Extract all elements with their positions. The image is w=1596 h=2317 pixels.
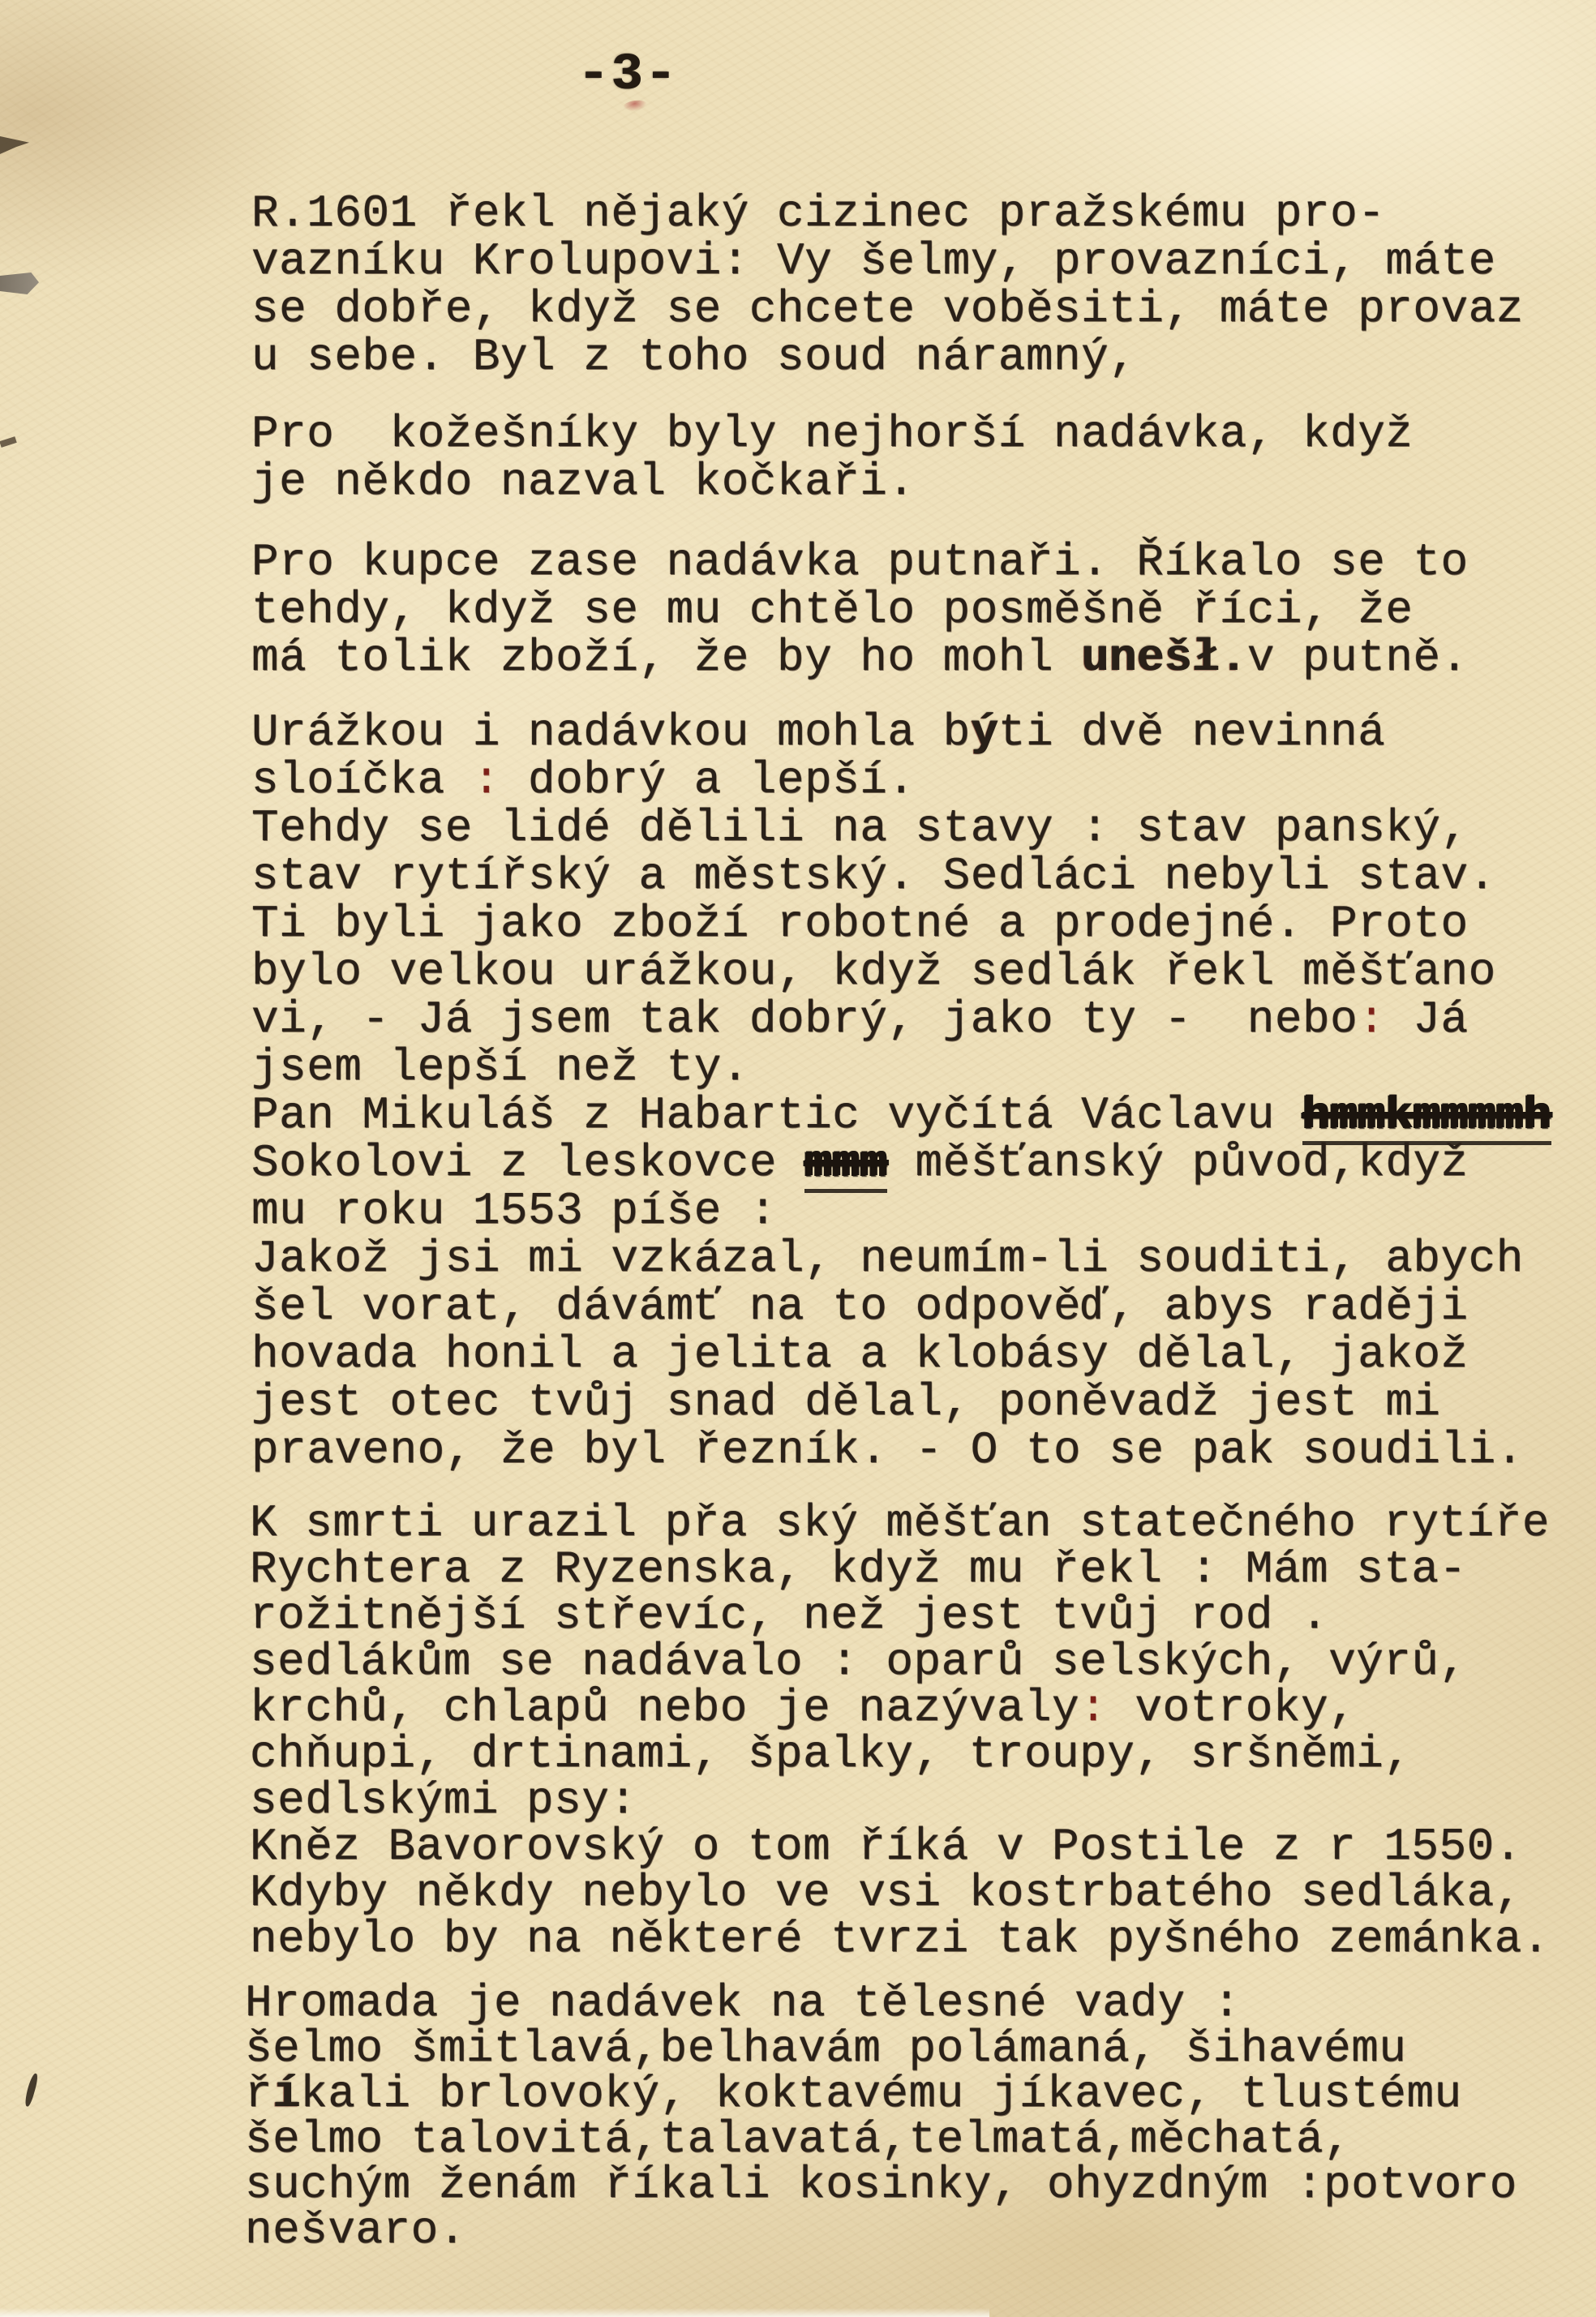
text-line: vazníku Krolupovi: Vy šelmy, provazníci,… (251, 238, 1596, 285)
paragraph-5: K smrti urazil přa ský měšťan statečného… (250, 1500, 1596, 1963)
overstruck-text: mmm (804, 1137, 887, 1193)
text-segment: je někdo nazval kočkaři. (251, 456, 916, 508)
text-segment: jest otec tvůj snad dělal, poněvadž jest… (251, 1376, 1441, 1428)
page-number: -3- (577, 47, 707, 104)
text-segment: Tehdy se lidé dělili na stavy : stav pan… (251, 802, 1469, 854)
text-line: K smrti urazil přa ský měšťan statečného… (250, 1500, 1596, 1547)
text-segment: se dobře, když se chcete voběsiti, máte … (251, 283, 1524, 335)
text-segment: suchým ženám říkali kosinky, ohyzdným :p… (245, 2159, 1517, 2211)
text-line: bylo velkou urážkou, když sedlák řekl mě… (251, 948, 1596, 996)
text-segment: bylo velkou urážkou, když sedlák řekl mě… (251, 946, 1496, 998)
text-line: R.1601 řekl nějaký cizinec pražskému pro… (251, 190, 1596, 238)
text-segment: kali brlovoký, koktavému jíkavec, tlusté… (300, 2068, 1461, 2120)
text-line: Pro kožešníky byly nejhorší nadávka, kdy… (251, 410, 1596, 458)
text-line: Sokolovi z leskovce mmm měšťanský původ,… (251, 1139, 1596, 1187)
text-segment: Urážkou i nadávkou mohla b (251, 706, 971, 758)
paper-bottom-edge (0, 2308, 989, 2317)
overstruck-text: : (473, 754, 500, 806)
text-line: sloíčka : dobrý a lepší. (251, 757, 1596, 805)
text-segment: Rychtera z Ryzenska, když mu řekl : Mám … (250, 1543, 1467, 1595)
text-segment: tehdy, když se mu chtělo posměšně říci, … (251, 584, 1413, 636)
text-line: Kdyby někdy nebylo ve vsi kostrbatého se… (250, 1870, 1596, 1916)
text-segment: K smrti urazil přa ský měšťan statečného… (250, 1497, 1550, 1549)
text-segment: ř (245, 2068, 272, 2120)
text-segment: v putně. (1247, 632, 1469, 684)
text-line: nešvaro. (245, 2208, 1591, 2253)
text-segment: nešvaro. (245, 2204, 466, 2256)
overstruck-text: unešł. (1081, 632, 1247, 684)
text-line: sedlákům se nadávalo : oparů selských, v… (250, 1639, 1596, 1685)
text-segment: Já (1385, 993, 1468, 1045)
text-segment: Jakož jsi mi vzkázal, neumím-li souditi,… (251, 1233, 1524, 1285)
text-line: jsem lepší než ty. (251, 1044, 1596, 1092)
text-segment: má tolik zboží, že by ho mohl (251, 632, 1081, 684)
text-line: Kněz Bavorovský o tom říká v Postile z r… (250, 1824, 1596, 1870)
text-line: Jakož jsi mi vzkázal, neumím-li souditi,… (251, 1235, 1596, 1283)
text-line: tehdy, když se mu chtělo posměšně říci, … (251, 586, 1596, 634)
text-segment: votroky, (1107, 1682, 1356, 1734)
text-line: stav rytířský a městský. Sedláci nebyli … (251, 852, 1596, 900)
text-segment: šel vorat, dávámť na to odpověď, abys ra… (251, 1281, 1469, 1332)
text-line: Urážkou i nadávkou mohla býti dvě nevinn… (251, 709, 1596, 757)
text-line: Ti byli jako zboží robotné a prodejné. P… (251, 900, 1596, 948)
text-segment: mu roku 1553 píše : (251, 1185, 777, 1237)
overstruck-text: í (272, 2068, 300, 2120)
text-line: se dobře, když se chcete voběsiti, máte … (251, 285, 1596, 333)
text-segment: R.1601 řekl nějaký cizinec pražskému pro… (251, 187, 1385, 239)
text-segment: ti dvě nevinná (998, 706, 1385, 758)
paragraph-3: Pro kupce zase nadávka putnaři. Říkalo s… (251, 538, 1596, 682)
overstruck-text: : (1079, 1682, 1107, 1734)
text-line: Rychtera z Ryzenska, když mu řekl : Mám … (250, 1547, 1596, 1593)
text-segment: sloíčka (251, 754, 473, 806)
paragraph-1: R.1601 řekl nějaký cizinec pražskému pro… (251, 190, 1596, 381)
text-segment: stav rytířský a městský. Sedláci nebyli … (251, 850, 1496, 902)
text-segment: Ti byli jako zboží robotné a prodejné. P… (251, 898, 1469, 950)
text-line: Hromada je nadávek na tělesné vady : (245, 1980, 1591, 2026)
text-line: šelmo šmitlavá,belhavám polámaná, šihavé… (245, 2026, 1591, 2071)
text-segment: krchů, chlapů nebo je nazývaly (250, 1682, 1079, 1734)
paragraph-6: Hromada je nadávek na tělesné vady :šelm… (245, 1980, 1591, 2253)
text-line: mu roku 1553 píše : (251, 1187, 1596, 1235)
document-page: -3- R.1601 řekl nějaký cizinec pražskému… (0, 0, 1596, 2317)
text-segment: Pan Mikuláš z Habartic vyčítá Václavu (251, 1089, 1302, 1141)
text-segment: vi, - Já jsem tak dobrý, jako ty - nebo (251, 993, 1358, 1045)
text-segment: sedlskými psy: (250, 1774, 637, 1826)
text-line: praveno, že byl řezník. - O to se pak so… (251, 1427, 1596, 1474)
text-segment: dobrý a lepší. (500, 754, 916, 806)
text-segment: Kdyby někdy nebylo ve vsi kostrbatého se… (250, 1867, 1522, 1919)
text-segment: šelmo talovitá,talavatá,telmatá,měchatá, (245, 2113, 1351, 2165)
text-segment: hovada honil a jelita a klobásy dělal, j… (251, 1328, 1469, 1380)
text-segment: Pro kupce zase nadávka putnaři. Říkalo s… (251, 536, 1469, 588)
ink-smudge-mark (23, 2073, 39, 2108)
text-segment: šelmo šmitlavá,belhavám polámaná, šihavé… (245, 2023, 1406, 2075)
text-line: hovada honil a jelita a klobásy dělal, j… (251, 1331, 1596, 1379)
text-line: krchů, chlapů nebo je nazývaly: votroky, (250, 1685, 1596, 1731)
paragraph-2: Pro kožešníky byly nejhorší nadávka, kdy… (251, 410, 1596, 506)
text-segment: chňupi, drtinami, špalky, troupy, sršněm… (250, 1728, 1411, 1780)
text-line: suchým ženám říkali kosinky, ohyzdným :p… (245, 2162, 1591, 2208)
text-segment: sedlákům se nadávalo : oparů selských, v… (250, 1636, 1467, 1688)
paper-edge-mark (0, 436, 17, 448)
text-segment: Hromada je nadávek na tělesné vady : (245, 1977, 1241, 2029)
text-line: šelmo talovitá,talavatá,telmatá,měchatá, (245, 2117, 1591, 2162)
text-line: vi, - Já jsem tak dobrý, jako ty - nebo:… (251, 996, 1596, 1044)
text-line: u sebe. Byl z toho soud náramný, (251, 333, 1596, 381)
text-line: má tolik zboží, že by ho mohl unešł.v pu… (251, 634, 1596, 682)
text-segment: praveno, že byl řezník. - O to se pak so… (251, 1424, 1524, 1476)
paper-stain (0, 272, 39, 294)
text-line: šel vorat, dávámť na to odpověď, abys ra… (251, 1283, 1596, 1331)
text-segment: měšťanský původ,když (887, 1137, 1468, 1189)
overstruck-text: : (1358, 993, 1385, 1045)
overstruck-text: ý (971, 706, 998, 758)
text-segment: rožitnější střevíc, než jest tvůj rod . (250, 1590, 1328, 1641)
text-line: sedlskými psy: (250, 1778, 1596, 1824)
text-line: nebylo by na některé tvrzi tak pyšného z… (250, 1916, 1596, 1963)
text-segment: u sebe. Byl z toho soud náramný, (251, 331, 1136, 383)
text-line: Tehdy se lidé dělili na stavy : stav pan… (251, 805, 1596, 852)
text-segment: nebylo by na některé tvrzi tak pyšného z… (250, 1913, 1550, 1965)
text-segment: Kněz Bavorovský o tom říká v Postile z r… (250, 1821, 1522, 1873)
text-line: rožitnější střevíc, než jest tvůj rod . (250, 1593, 1596, 1639)
text-segment: Pro kožešníky byly nejhorší nadávka, kdy… (251, 408, 1413, 460)
text-line: Pan Mikuláš z Habartic vyčítá Václavu hm… (251, 1092, 1596, 1139)
text-segment: Sokolovi z leskovce (251, 1137, 804, 1189)
text-segment: vazníku Krolupovi: Vy šelmy, provazníci,… (251, 235, 1496, 287)
text-line: říkali brlovoký, koktavému jíkavec, tlus… (245, 2071, 1591, 2117)
text-segment: jsem lepší než ty. (251, 1041, 749, 1093)
text-line: je někdo nazval kočkaři. (251, 458, 1596, 506)
text-line: jest otec tvůj snad dělal, poněvadž jest… (251, 1379, 1596, 1427)
text-line: Pro kupce zase nadávka putnaři. Říkalo s… (251, 538, 1596, 586)
text-line: chňupi, drtinami, špalky, troupy, sršněm… (250, 1731, 1596, 1778)
paragraph-4: Urážkou i nadávkou mohla býti dvě nevinn… (251, 709, 1596, 1474)
paper-tear-mark (0, 136, 29, 154)
